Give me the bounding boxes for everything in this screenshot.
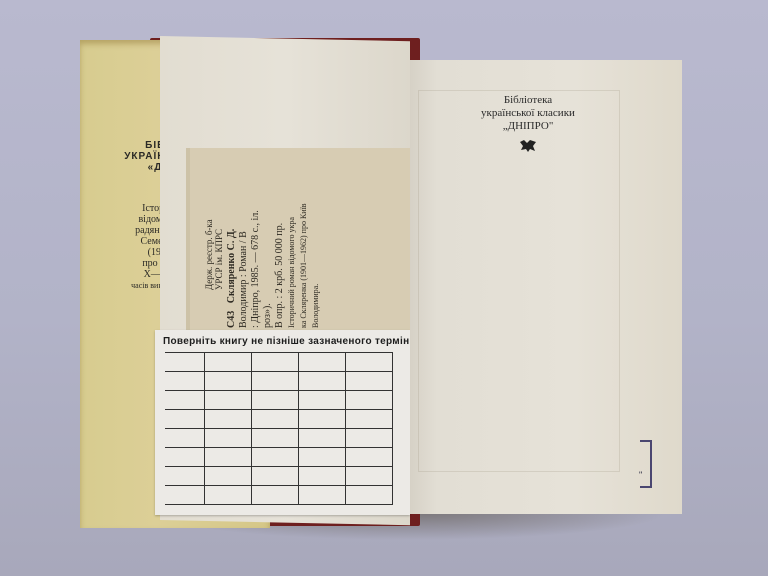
card-author: Скляренко С. Д. [226, 229, 237, 304]
series-line-3: „ДНІПРО" [458, 120, 598, 133]
card-stamp: Держ. реєстр. б-ка УРСР ім. КПРС [204, 170, 224, 290]
publisher-emblem-icon [519, 139, 537, 153]
card-line: ка Скляренка (1901—1962) про Київ [298, 158, 310, 328]
return-date-table [165, 352, 393, 505]
series-imprint: Бібліотека української класики „ДНІПРО" [458, 94, 598, 153]
stamp-bracket [640, 440, 652, 488]
series-line-1: Бібліотека [458, 94, 598, 107]
series-line-2: української класики [458, 107, 598, 120]
card-line: Володимира. [310, 158, 322, 328]
library-catalog-card: С43 Скляренко С. Д. Володимир : Роман / … [190, 148, 414, 338]
card-index: С43 [226, 311, 237, 328]
card-line: Володимир : Роман / В [238, 158, 250, 328]
card-stamp-line: УРСР ім. КПРС [214, 170, 224, 290]
slip-title: Поверніть книгу не пізніше зазначеного т… [163, 336, 409, 347]
corner-mark: " [639, 470, 642, 480]
card-line: : Дніпро, 1985. — 678 с., іл. [250, 158, 262, 328]
card-line: роз»). [262, 158, 274, 328]
card-text: С43 Скляренко С. Д. Володимир : Роман / … [226, 158, 396, 328]
right-page: Бібліотека української класики „ДНІПРО" … [410, 60, 682, 514]
card-line: В опр. : 2 крб. 50 000 пр. [274, 158, 286, 328]
card-line: Історичний роман відомого укра [286, 158, 298, 328]
card-stamp-line: Держ. реєстр. б-ка [204, 170, 214, 290]
return-date-slip: Поверніть книгу не пізніше зазначеного т… [155, 330, 410, 515]
